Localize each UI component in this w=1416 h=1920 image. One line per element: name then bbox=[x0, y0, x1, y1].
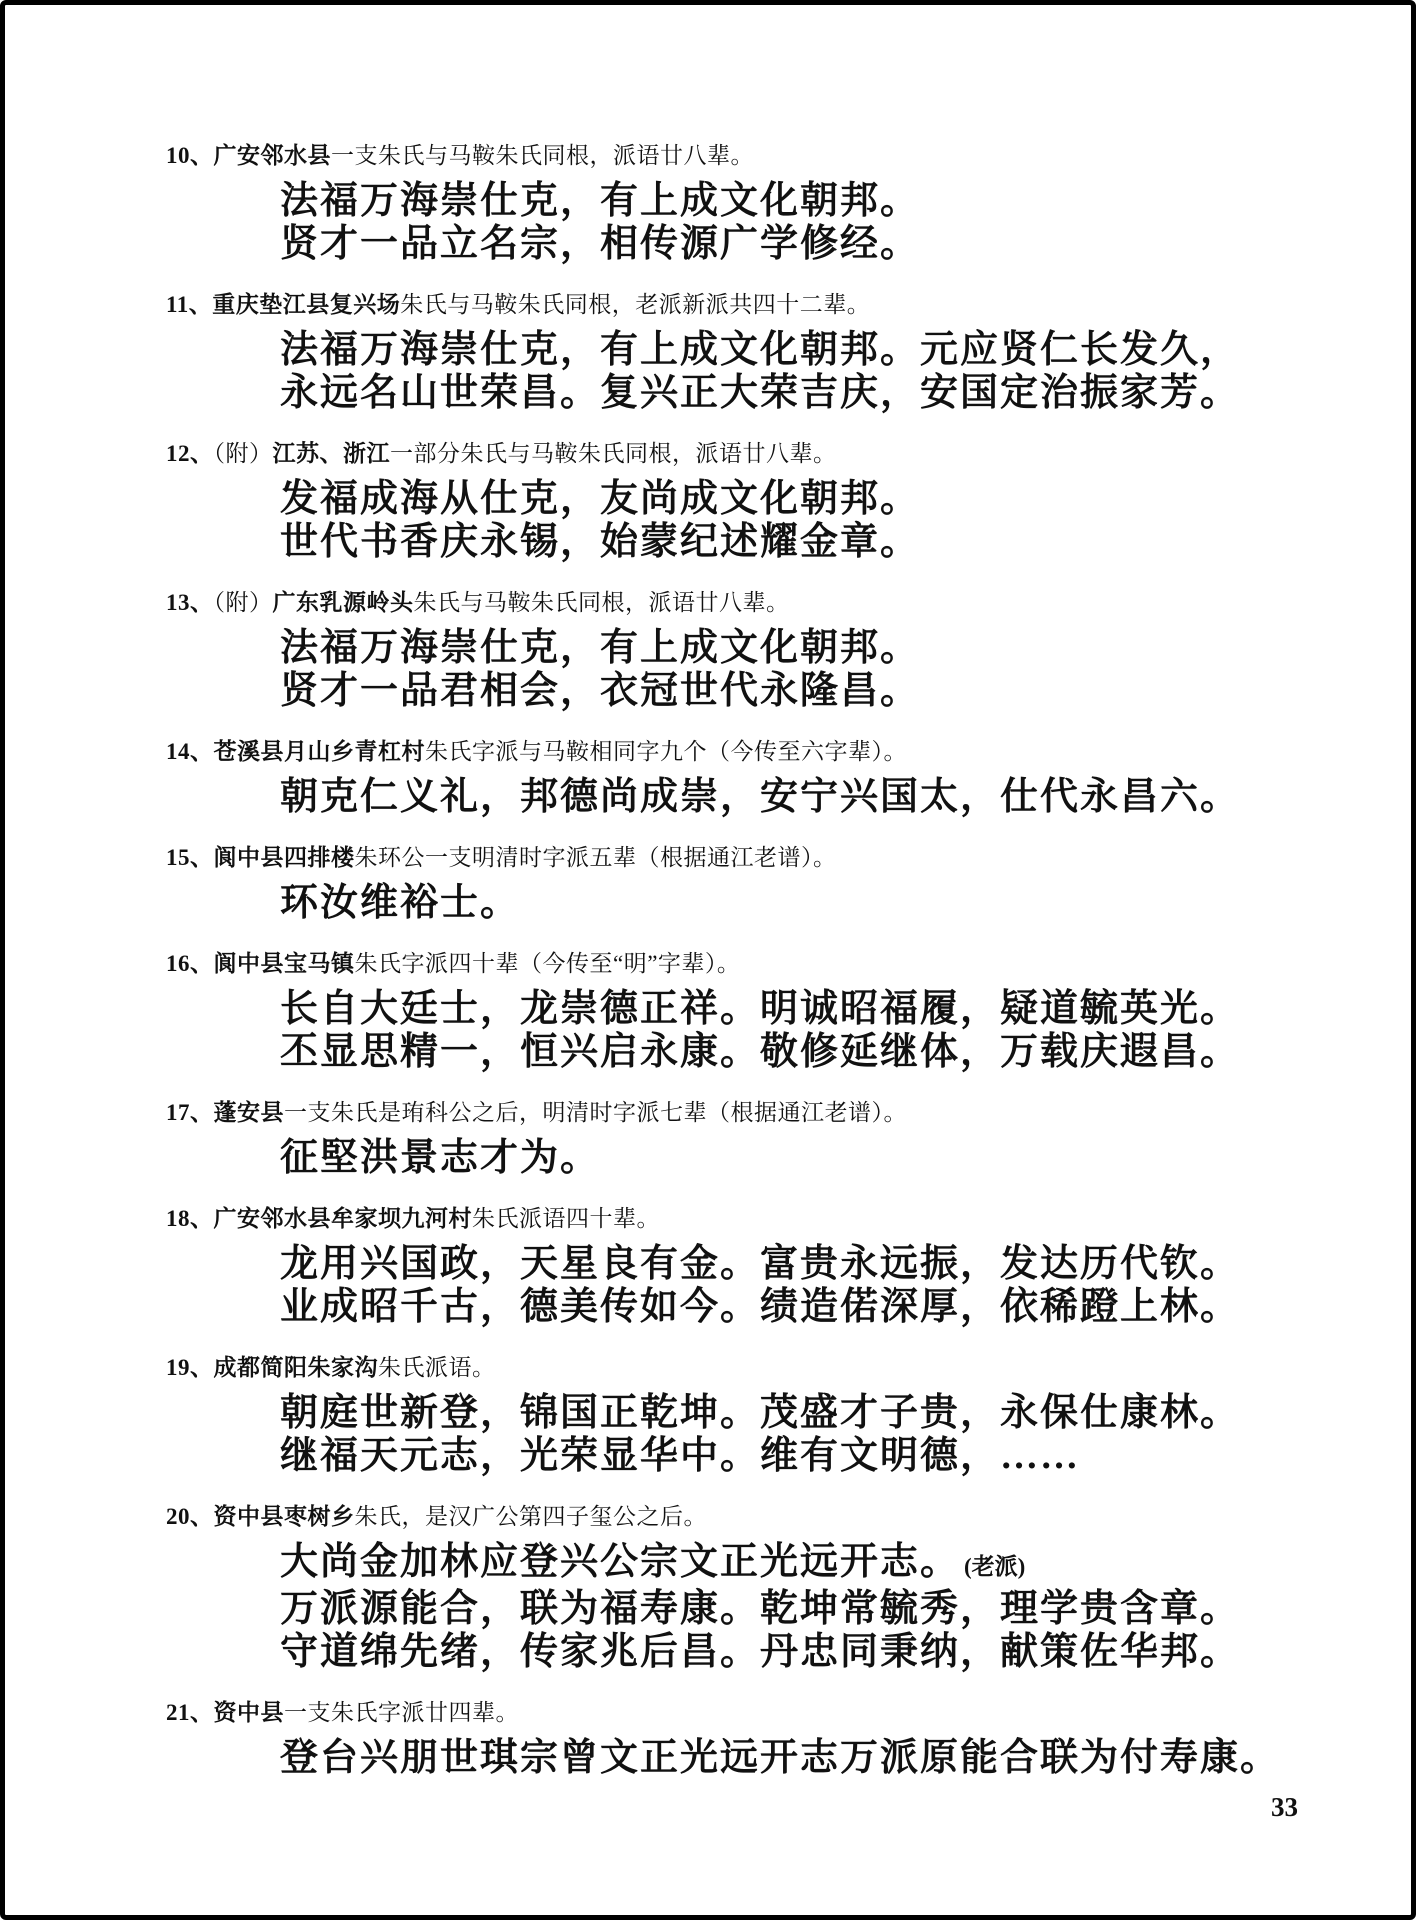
item-number: 13、 bbox=[166, 590, 214, 615]
item-number: 17、 bbox=[166, 1100, 214, 1125]
item-place: 苍溪县月山乡青杠村 bbox=[214, 738, 426, 764]
verse-line: 贤才一品君相会，衣冠世代永隆昌。 bbox=[280, 670, 1316, 713]
genealogy-item: 18、广安邻水县牟家坝九河村朱氏派语四十辈。龙用兴国政，天星良有金。富贵永远振，… bbox=[166, 1204, 1316, 1329]
item-heading: 12、（附）江苏、浙江一部分朱氏与马鞍朱氏同根，派语廿八辈。 bbox=[166, 439, 1316, 468]
item-heading: 10、广安邻水县一支朱氏与马鞍朱氏同根，派语廿八辈。 bbox=[166, 141, 1316, 170]
genealogy-item: 11、重庆垫江县复兴场朱氏与马鞍朱氏同根，老派新派共四十二辈。法福万海崇仕克，有… bbox=[166, 290, 1316, 415]
item-heading: 15、阆中县四排楼朱环公一支明清时字派五辈（根据通江老谱）。 bbox=[166, 843, 1316, 872]
genealogy-item: 16、阆中县宝马镇朱氏字派四十辈（今传至“明”字辈）。长自大廷士，龙崇德正祥。明… bbox=[166, 949, 1316, 1074]
verse-line: 永远名山世荣昌。复兴正大荣吉庆，安国定治振家芳。 bbox=[280, 372, 1316, 415]
verse-line: 龙用兴国政，天星良有金。富贵永远振，发达历代钦。 bbox=[280, 1243, 1316, 1286]
item-heading: 16、阆中县宝马镇朱氏字派四十辈（今传至“明”字辈）。 bbox=[166, 949, 1316, 978]
item-place: 阆中县宝马镇 bbox=[214, 950, 355, 976]
item-verse: 长自大廷士，龙崇德正祥。明诚昭福履，疑道毓英光。丕显思精一，恒兴启永康。敬修延继… bbox=[166, 988, 1316, 1074]
item-place: 广安邻水县牟家坝九河村 bbox=[214, 1205, 473, 1231]
verse-line: 环汝维裕士。 bbox=[280, 882, 1316, 925]
item-prefix: （附） bbox=[214, 441, 273, 466]
genealogy-item: 14、苍溪县月山乡青杠村朱氏字派与马鞍相同字九个（今传至六字辈）。朝克仁义礼，邦… bbox=[166, 737, 1316, 819]
verse-line: 继福天元志，光荣显华中。维有文明德，…… bbox=[280, 1435, 1316, 1478]
item-verse: 法福万海崇仕克，有上成文化朝邦。贤才一品立名宗，相传源广学修经。 bbox=[166, 180, 1316, 266]
genealogy-item: 10、广安邻水县一支朱氏与马鞍朱氏同根，派语廿八辈。法福万海崇仕克，有上成文化朝… bbox=[166, 141, 1316, 266]
genealogy-item: 17、蓬安县一支朱氏是珛科公之后，明清时字派七辈（根据通江老谱）。征堅洪景志才为… bbox=[166, 1098, 1316, 1180]
item-heading: 18、广安邻水县牟家坝九河村朱氏派语四十辈。 bbox=[166, 1204, 1316, 1233]
item-heading-rest: 朱氏字派四十辈（今传至“明”字辈）。 bbox=[355, 951, 741, 976]
item-verse: 法福万海崇仕克，有上成文化朝邦。元应贤仁长发久，永远名山世荣昌。复兴正大荣吉庆，… bbox=[166, 329, 1316, 415]
item-verse: 法福万海崇仕克，有上成文化朝邦。贤才一品君相会，衣冠世代永隆昌。 bbox=[166, 627, 1316, 713]
item-heading-rest: 一支朱氏字派廿四辈。 bbox=[284, 1700, 519, 1725]
item-verse: 环汝维裕士。 bbox=[166, 882, 1316, 925]
item-heading-rest: 朱氏派语。 bbox=[378, 1355, 496, 1380]
item-heading-rest: 朱环公一支明清时字派五辈（根据通江老谱）。 bbox=[355, 845, 837, 870]
verse-line: 长自大廷士，龙崇德正祥。明诚昭福履，疑道毓英光。 bbox=[280, 988, 1316, 1031]
verse-line: 征堅洪景志才为。 bbox=[280, 1137, 1316, 1180]
item-heading-rest: 朱氏，是汉广公第四子玺公之后。 bbox=[355, 1504, 708, 1529]
verse-line: 朝庭世新登，锦国正乾坤。茂盛才子贵，永保仕康林。 bbox=[280, 1392, 1316, 1435]
verse-note: (老派) bbox=[964, 1554, 1025, 1579]
item-place: 成都简阳朱家沟 bbox=[214, 1354, 379, 1380]
item-place: 重庆垫江县复兴场 bbox=[212, 291, 400, 317]
item-number: 10、 bbox=[166, 143, 214, 168]
verse-line: 大尚金加林应登兴公宗文正光远开志。(老派) bbox=[280, 1541, 1316, 1588]
item-verse: 朝克仁义礼，邦德尚成崇，安宁兴国太，仕代永昌六。 bbox=[166, 776, 1316, 819]
item-number: 19、 bbox=[166, 1355, 214, 1380]
item-heading-rest: 一部分朱氏与马鞍朱氏同根，派语廿八辈。 bbox=[390, 441, 837, 466]
verse-line: 世代书香庆永锡，始蒙纪述耀金章。 bbox=[280, 521, 1316, 564]
verse-line: 发福成海从仕克，友尚成文化朝邦。 bbox=[280, 478, 1316, 521]
item-heading-rest: 一支朱氏是珛科公之后，明清时字派七辈（根据通江老谱）。 bbox=[284, 1100, 907, 1125]
item-number: 11、 bbox=[166, 292, 212, 317]
genealogy-item: 19、成都简阳朱家沟朱氏派语。朝庭世新登，锦国正乾坤。茂盛才子贵，永保仕康林。继… bbox=[166, 1353, 1316, 1478]
verse-line: 丕显思精一，恒兴启永康。敬修延继体，万载庆遐昌。 bbox=[280, 1031, 1316, 1074]
item-place: 广东乳源岭头 bbox=[273, 589, 414, 615]
item-heading-rest: 朱氏与马鞍朱氏同根，老派新派共四十二辈。 bbox=[400, 292, 870, 317]
genealogy-item: 12、（附）江苏、浙江一部分朱氏与马鞍朱氏同根，派语廿八辈。发福成海从仕克，友尚… bbox=[166, 439, 1316, 564]
item-heading-rest: 朱氏与马鞍朱氏同根，派语廿八辈。 bbox=[414, 590, 790, 615]
page-content: 10、广安邻水县一支朱氏与马鞍朱氏同根，派语廿八辈。法福万海崇仕克，有上成文化朝… bbox=[166, 141, 1316, 1804]
item-heading-rest: 一支朱氏与马鞍朱氏同根，派语廿八辈。 bbox=[331, 143, 754, 168]
item-verse: 大尚金加林应登兴公宗文正光远开志。(老派)万派源能合，联为福寿康。乾坤常毓秀，理… bbox=[166, 1541, 1316, 1674]
genealogy-item: 21、资中县一支朱氏字派廿四辈。登台兴朋世琪宗曾文正光远开志万派原能合联为付寿康… bbox=[166, 1698, 1316, 1780]
verse-line: 法福万海崇仕克，有上成文化朝邦。 bbox=[280, 180, 1316, 223]
item-verse: 龙用兴国政，天星良有金。富贵永远振，发达历代钦。业成昭千古，德美传如今。绩造偌深… bbox=[166, 1243, 1316, 1329]
item-place: 资中县枣树乡 bbox=[214, 1503, 355, 1529]
page-number: 33 bbox=[1271, 1792, 1298, 1823]
item-heading: 17、蓬安县一支朱氏是珛科公之后，明清时字派七辈（根据通江老谱）。 bbox=[166, 1098, 1316, 1127]
item-verse: 朝庭世新登，锦国正乾坤。茂盛才子贵，永保仕康林。继福天元志，光荣显华中。维有文明… bbox=[166, 1392, 1316, 1478]
item-heading: 20、资中县枣树乡朱氏，是汉广公第四子玺公之后。 bbox=[166, 1502, 1316, 1531]
verse-line: 法福万海崇仕克，有上成文化朝邦。元应贤仁长发久， bbox=[280, 329, 1316, 372]
item-place: 江苏、浙江 bbox=[273, 440, 391, 466]
item-prefix: （附） bbox=[214, 590, 273, 615]
item-number: 18、 bbox=[166, 1206, 214, 1231]
item-number: 16、 bbox=[166, 951, 214, 976]
item-verse: 征堅洪景志才为。 bbox=[166, 1137, 1316, 1180]
item-number: 12、 bbox=[166, 441, 214, 466]
item-heading: 19、成都简阳朱家沟朱氏派语。 bbox=[166, 1353, 1316, 1382]
verse-line: 登台兴朋世琪宗曾文正光远开志万派原能合联为付寿康。 bbox=[280, 1737, 1316, 1780]
verse-line: 守道绵先绪，传家兆后昌。丹忠同秉纳，献策佐华邦。 bbox=[280, 1631, 1316, 1674]
item-number: 14、 bbox=[166, 739, 214, 764]
verse-line: 贤才一品立名宗，相传源广学修经。 bbox=[280, 223, 1316, 266]
item-place: 资中县 bbox=[214, 1699, 285, 1725]
verse-line: 万派源能合，联为福寿康。乾坤常毓秀，理学贵含章。 bbox=[280, 1588, 1316, 1631]
item-heading: 21、资中县一支朱氏字派廿四辈。 bbox=[166, 1698, 1316, 1727]
item-heading: 11、重庆垫江县复兴场朱氏与马鞍朱氏同根，老派新派共四十二辈。 bbox=[166, 290, 1316, 319]
item-verse: 发福成海从仕克，友尚成文化朝邦。世代书香庆永锡，始蒙纪述耀金章。 bbox=[166, 478, 1316, 564]
item-place: 蓬安县 bbox=[214, 1099, 285, 1125]
genealogy-item: 15、阆中县四排楼朱环公一支明清时字派五辈（根据通江老谱）。环汝维裕士。 bbox=[166, 843, 1316, 925]
item-place: 阆中县四排楼 bbox=[214, 844, 355, 870]
genealogy-item: 13、（附）广东乳源岭头朱氏与马鞍朱氏同根，派语廿八辈。法福万海崇仕克，有上成文… bbox=[166, 588, 1316, 713]
item-place: 广安邻水县 bbox=[214, 142, 332, 168]
genealogy-item-list: 10、广安邻水县一支朱氏与马鞍朱氏同根，派语廿八辈。法福万海崇仕克，有上成文化朝… bbox=[166, 141, 1316, 1780]
item-number: 20、 bbox=[166, 1504, 214, 1529]
item-verse: 登台兴朋世琪宗曾文正光远开志万派原能合联为付寿康。 bbox=[166, 1737, 1316, 1780]
item-number: 15、 bbox=[166, 845, 214, 870]
item-heading-rest: 朱氏字派与马鞍相同字九个（今传至六字辈）。 bbox=[425, 739, 907, 764]
item-heading: 14、苍溪县月山乡青杠村朱氏字派与马鞍相同字九个（今传至六字辈）。 bbox=[166, 737, 1316, 766]
verse-line: 法福万海崇仕克，有上成文化朝邦。 bbox=[280, 627, 1316, 670]
verse-line: 业成昭千古，德美传如今。绩造偌深厚，依稀蹬上林。 bbox=[280, 1286, 1316, 1329]
verse-line: 朝克仁义礼，邦德尚成崇，安宁兴国太，仕代永昌六。 bbox=[280, 776, 1316, 819]
scanned-book-page: { "page": { "number": "33", "background"… bbox=[0, 0, 1416, 1920]
genealogy-item: 20、资中县枣树乡朱氏，是汉广公第四子玺公之后。大尚金加林应登兴公宗文正光远开志… bbox=[166, 1502, 1316, 1674]
item-heading: 13、（附）广东乳源岭头朱氏与马鞍朱氏同根，派语廿八辈。 bbox=[166, 588, 1316, 617]
item-heading-rest: 朱氏派语四十辈。 bbox=[472, 1206, 660, 1231]
item-number: 21、 bbox=[166, 1700, 214, 1725]
